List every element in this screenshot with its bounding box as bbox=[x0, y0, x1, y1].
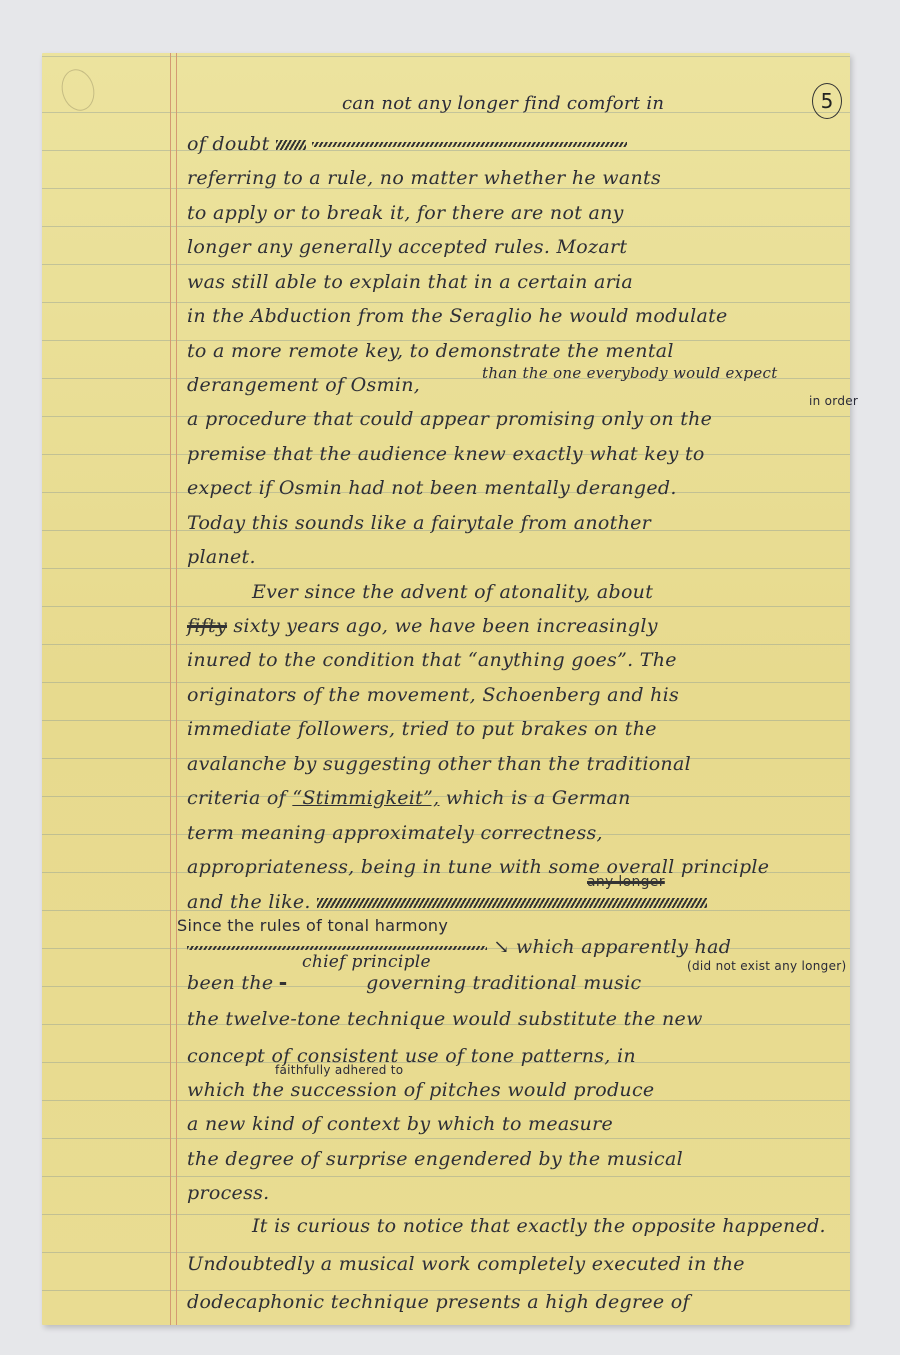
line-7: to a more remote key, to demonstrate the… bbox=[187, 340, 674, 362]
line-25: been the governing traditional music bbox=[187, 972, 642, 994]
line-text: which apparently had bbox=[516, 936, 731, 958]
line-text: been the bbox=[187, 972, 273, 994]
line-30: the degree of surprise engendered by the… bbox=[187, 1148, 683, 1170]
line-24: ↘ which apparently had bbox=[187, 936, 731, 958]
insertion-faithfully: faithfully adhered to bbox=[275, 1063, 403, 1077]
line-text: which is a German bbox=[439, 787, 630, 809]
line-5: was still able to explain that in a cert… bbox=[187, 271, 633, 293]
struck-principal bbox=[280, 972, 360, 994]
struck-passage bbox=[317, 898, 707, 908]
line-20: criteria of “Stimmigkeit”, which is a Ge… bbox=[187, 787, 631, 809]
line-18: immediate followers, tried to put brakes… bbox=[187, 718, 657, 740]
line-10: premise that the audience knew exactly w… bbox=[187, 443, 705, 465]
line-26: the twelve-tone technique would substitu… bbox=[187, 1008, 703, 1030]
line-27: concept of consistent use of tone patter… bbox=[187, 1045, 636, 1067]
line-1: of doubt bbox=[187, 133, 627, 155]
line-8: derangement of Osmin, bbox=[187, 374, 420, 396]
line-11: expect if Osmin had not been mentally de… bbox=[187, 477, 677, 499]
line-15: fifty sixty years ago, we have been incr… bbox=[187, 615, 658, 637]
struck-simultaneity bbox=[187, 946, 487, 950]
line-13: planet. bbox=[187, 546, 256, 568]
line-31: process. bbox=[187, 1182, 270, 1204]
struck-word bbox=[276, 140, 306, 150]
manuscript-page: 5 can not any longer find comfort in of … bbox=[42, 53, 850, 1325]
line-2: referring to a rule, no matter whether h… bbox=[187, 167, 661, 189]
line-3: to apply or to break it, for there are n… bbox=[187, 202, 624, 224]
line-23: and the like. bbox=[187, 891, 707, 913]
line-9: a procedure that could appear promising … bbox=[187, 408, 712, 430]
insertion-chief-principle: chief principle bbox=[302, 952, 431, 972]
underlined-term: “Stimmigkeit”, bbox=[292, 787, 439, 809]
line-32: It is curious to notice that exactly the… bbox=[187, 1215, 826, 1237]
line-text: criteria of bbox=[187, 787, 292, 809]
line-19: avalanche by suggesting other than the t… bbox=[187, 753, 691, 775]
insertion-comfort: can not any longer find comfort in bbox=[342, 93, 664, 114]
line-text: and the like. bbox=[187, 891, 311, 913]
line-14: Ever since the advent of atonality, abou… bbox=[187, 581, 653, 603]
page-number: 5 bbox=[812, 83, 842, 119]
line-28: which the succession of pitches would pr… bbox=[187, 1079, 654, 1101]
struck-phrase bbox=[312, 142, 627, 147]
insertion-than-expected: than the one everybody would expect bbox=[482, 364, 778, 382]
struck-any-longer: any longer bbox=[587, 874, 665, 890]
line-6: in the Abduction from the Seraglio he wo… bbox=[187, 305, 728, 327]
line-29: a new kind of context by which to measur… bbox=[187, 1113, 613, 1135]
line-text: sixty years ago, we have been increasing… bbox=[233, 615, 657, 637]
line-34: dodecaphonic technique presents a high d… bbox=[187, 1291, 690, 1313]
insertion-tonal-harmony: Since the rules of tonal harmony bbox=[177, 916, 448, 935]
line-4: longer any generally accepted rules. Moz… bbox=[187, 236, 627, 258]
line-22: appropriateness, being in tune with some… bbox=[187, 856, 769, 878]
margin-line-left bbox=[170, 53, 171, 1325]
line-33: Undoubtedly a musical work completely ex… bbox=[187, 1253, 745, 1275]
insertion-did-not-exist: (did not exist any longer) bbox=[687, 959, 846, 973]
line-12: Today this sounds like a fairytale from … bbox=[187, 512, 651, 534]
arrow-icon: ↘ bbox=[493, 936, 509, 958]
line-text: governing traditional music bbox=[366, 972, 641, 994]
line-text: of doubt bbox=[187, 133, 270, 155]
line-21: term meaning approximately correctness, bbox=[187, 822, 603, 844]
margin-line-right bbox=[176, 53, 177, 1325]
struck-word: fifty bbox=[187, 615, 227, 637]
line-17: originators of the movement, Schoenberg … bbox=[187, 684, 679, 706]
insertion-in-order: in order bbox=[809, 394, 858, 408]
line-16: inured to the condition that “anything g… bbox=[187, 649, 677, 671]
